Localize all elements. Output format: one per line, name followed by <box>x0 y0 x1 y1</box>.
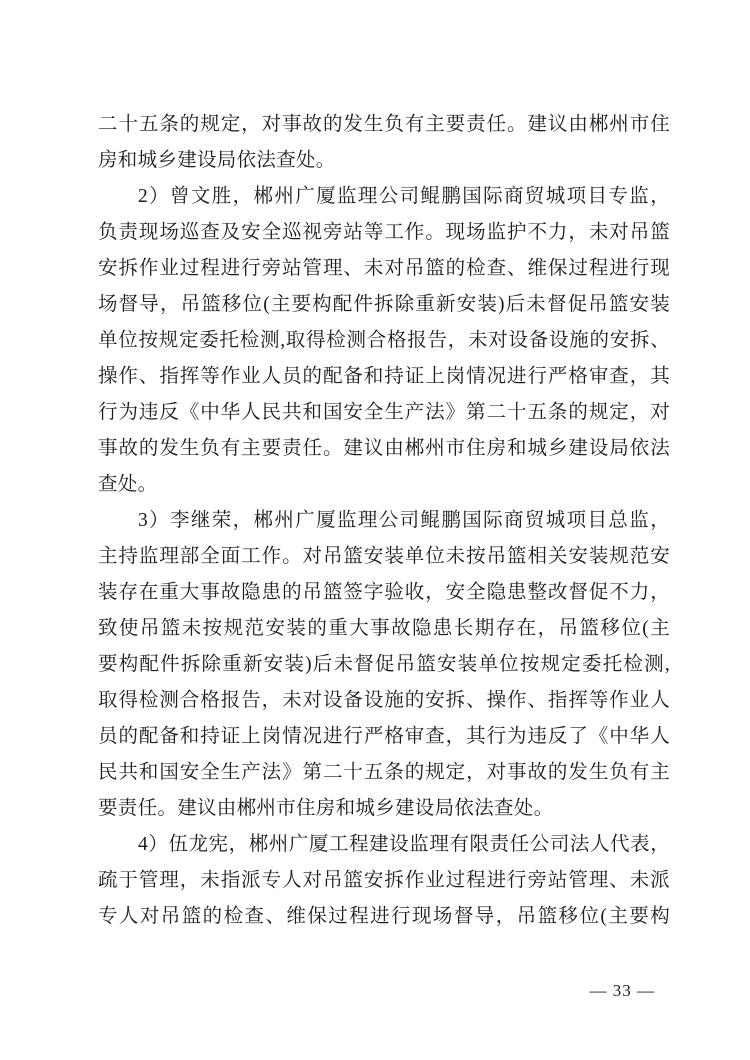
text-line: 2）曾文胜，郴州广厦监理公司鲲鹏国际商贸城项目专监， <box>98 179 670 215</box>
text-line: 二十五条的规定，对事故的发生负有主要责任。建议由郴州市住 <box>98 107 670 143</box>
text-line: 主持监理部全面工作。对吊篮安装单位未按吊篮相关安装规范安 <box>98 539 670 575</box>
text-line: 员的配备和持证上岗情况进行严格审查，其行为违反了《中华人 <box>98 719 670 755</box>
text-line: 民共和国安全生产法》第二十五条的规定，对事故的发生负有主 <box>98 755 670 791</box>
text-line: 专人对吊篮的检查、维保过程进行现场督导，吊篮移位(主要构 <box>98 899 670 935</box>
document-page: 二十五条的规定，对事故的发生负有主要责任。建议由郴州市住房和城乡建设局依法查处。… <box>0 0 750 1060</box>
text-line: 查处。 <box>98 467 670 503</box>
text-line: 要责任。建议由郴州市住房和城乡建设局依法查处。 <box>98 791 670 827</box>
text-line: 装存在重大事故隐患的吊篮签字验收，安全隐患整改督促不力， <box>98 575 670 611</box>
text-line: 取得检测合格报告，未对设备设施的安拆、操作、指挥等作业人 <box>98 683 670 719</box>
text-line: 操作、指挥等作业人员的配备和持证上岗情况进行严格审查，其 <box>98 359 670 395</box>
text-line: 要构配件拆除重新安装)后未督促吊篮安装单位按规定委托检测, <box>98 647 670 683</box>
text-line: 负责现场巡查及安全巡视旁站等工作。现场监护不力，未对吊篮 <box>98 215 670 251</box>
text-line: 行为违反《中华人民共和国安全生产法》第二十五条的规定，对 <box>98 395 670 431</box>
text-block: 二十五条的规定，对事故的发生负有主要责任。建议由郴州市住房和城乡建设局依法查处。… <box>98 107 670 935</box>
text-line: 3）李继荣，郴州广厦监理公司鲲鹏国际商贸城项目总监， <box>98 503 670 539</box>
page-number: — 33 — <box>590 980 656 1002</box>
text-line: 房和城乡建设局依法查处。 <box>98 143 670 179</box>
text-line: 4）伍龙宪，郴州广厦工程建设监理有限责任公司法人代表， <box>98 827 670 863</box>
text-line: 致使吊篮未按规范安装的重大事故隐患长期存在，吊篮移位(主 <box>98 611 670 647</box>
text-line: 事故的发生负有主要责任。建议由郴州市住房和城乡建设局依法 <box>98 431 670 467</box>
text-line: 单位按规定委托检测,取得检测合格报告，未对设备设施的安拆、 <box>98 323 670 359</box>
text-line: 安拆作业过程进行旁站管理、未对吊篮的检查、维保过程进行现 <box>98 251 670 287</box>
text-line: 疏于管理，未指派专人对吊篮安拆作业过程进行旁站管理、未派 <box>98 863 670 899</box>
text-line: 场督导，吊篮移位(主要构配件拆除重新安装)后未督促吊篮安装 <box>98 287 670 323</box>
